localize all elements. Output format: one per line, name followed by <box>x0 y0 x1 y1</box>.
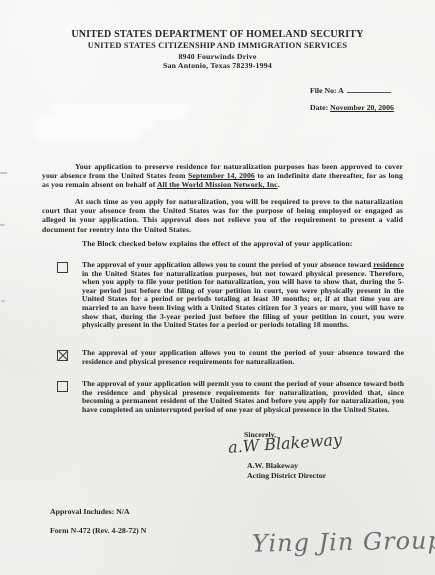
agency-address-street: 8940 Fourwinds Drive <box>0 52 435 61</box>
ying-jin-group-watermark: Ying Jin Group <box>252 526 435 557</box>
signer-title: Acting District Director <box>247 471 326 480</box>
signer-name: A.W. Blakeway <box>247 461 298 470</box>
checkbox-residence-and-presence-text: The approval of your application allows … <box>82 349 404 366</box>
file-number-label: File No: A <box>310 86 344 95</box>
checkbox-uninterrupted-year <box>57 381 68 392</box>
checkbox-residence-and-presence <box>57 350 68 361</box>
checkbox-text-part: in the United States for naturalization … <box>82 269 404 330</box>
agency-subname: UNITED STATES CITIZENSHIP AND IMMIGRATIO… <box>0 41 435 50</box>
checkbox-residence-only <box>57 262 68 273</box>
paragraph-naturalization-notice: At such time as you apply for naturaliza… <box>42 197 403 234</box>
agency-address-city: San Antonio, Texas 78239-1994 <box>0 61 435 70</box>
letter-page: UNITED STATES DEPARTMENT OF HOMELAND SEC… <box>0 0 435 575</box>
redacted-recipient-block <box>37 129 141 139</box>
scan-artifact <box>1 300 5 302</box>
redacted-recipient-block <box>37 118 153 128</box>
approval-includes-line: Approval Includes: N/A <box>50 507 130 516</box>
form-number-line: Form N-472 (Rev. 4-28-72) N <box>50 526 146 535</box>
approval-start-date: September 14, 2006 <box>188 171 255 180</box>
agency-name: UNITED STATES DEPARTMENT OF HOMELAND SEC… <box>0 29 435 40</box>
date-label: Date: <box>310 103 330 112</box>
file-number-line: File No: A <box>310 86 391 95</box>
date-value: November 20, 2006 <box>330 103 394 112</box>
date-line: Date: November 20, 2006 <box>310 103 394 112</box>
paragraph-block-intro: The Block checked below explains the eff… <box>82 239 403 248</box>
checkbox-residence-only-text: The approval of your application allows … <box>82 261 404 330</box>
scan-artifact <box>0 172 7 174</box>
organization-name: All the World Mission Network, Inc <box>157 180 278 189</box>
redacted-recipient-block <box>55 105 187 118</box>
paragraph-approval: Your application to preserve residence f… <box>42 162 403 190</box>
paragraph-approval-text: . <box>278 180 280 189</box>
file-number-blank <box>347 86 391 93</box>
checkbox-uninterrupted-year-text: The approval of your application will pe… <box>82 380 404 414</box>
scan-artifact <box>0 224 5 226</box>
